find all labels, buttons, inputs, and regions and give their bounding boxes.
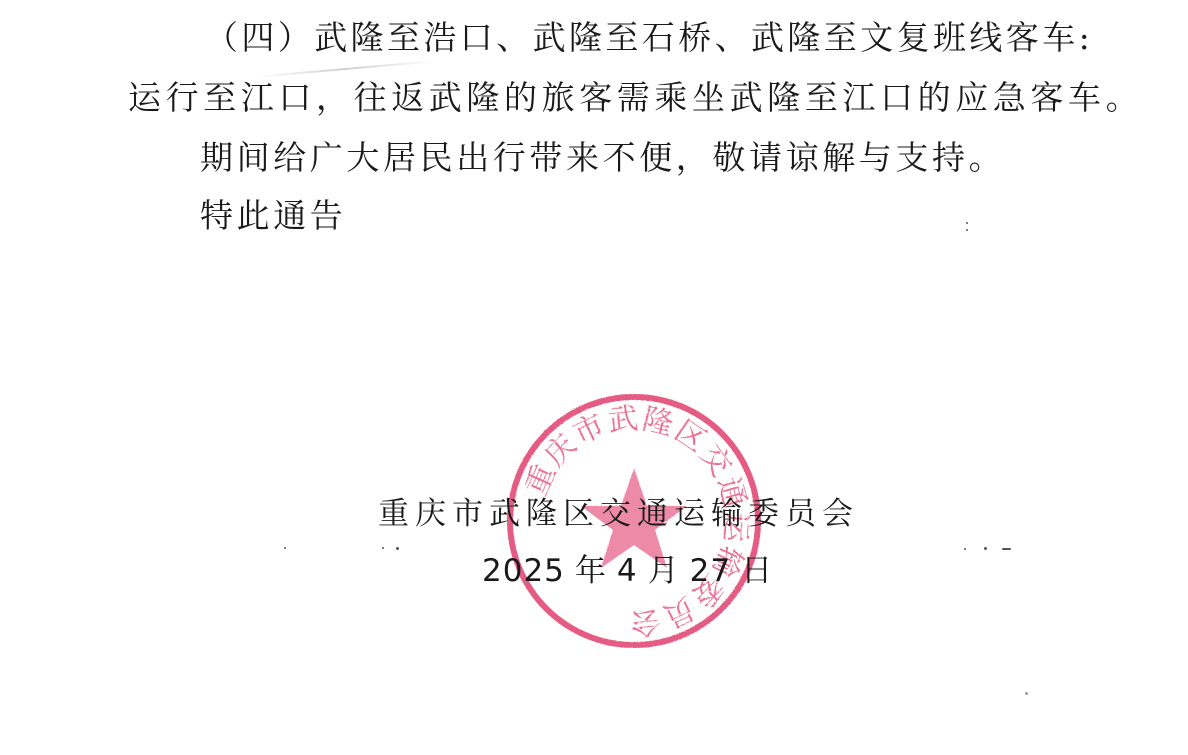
signing-organization: 重庆市武隆区交通运输委员会 (378, 495, 859, 533)
scan-speck (1002, 548, 1011, 550)
date-year: 2025 (482, 553, 565, 589)
paragraph-route-item-four: （四）武隆至浩口、武隆至石桥、武隆至文复班线客车: (205, 18, 1093, 58)
paragraph-closing: 特此通告 (200, 196, 346, 236)
scan-speck (382, 547, 384, 549)
scan-speck (966, 229, 968, 231)
signing-date: 2025年4月27日 (482, 552, 773, 590)
scan-speck (284, 547, 286, 549)
scan-speck (964, 548, 966, 550)
date-day: 27 (690, 553, 731, 589)
scan-artifact (255, 60, 434, 78)
scan-speck (966, 222, 968, 224)
scan-speck (396, 547, 399, 550)
date-year-unit: 年 (575, 553, 607, 589)
paragraph-route-detail: 运行至江口，往返武隆的旅客需乘坐武隆至江口的应急客车。 (128, 78, 1143, 118)
scan-speck (1025, 692, 1028, 695)
date-month-unit: 月 (648, 553, 680, 589)
date-day-unit: 日 (741, 553, 773, 589)
paragraph-apology: 期间给广大居民出行带来不便，敬请谅解与支持。 (200, 138, 1005, 178)
date-month: 4 (617, 553, 638, 589)
scan-speck (984, 547, 987, 550)
